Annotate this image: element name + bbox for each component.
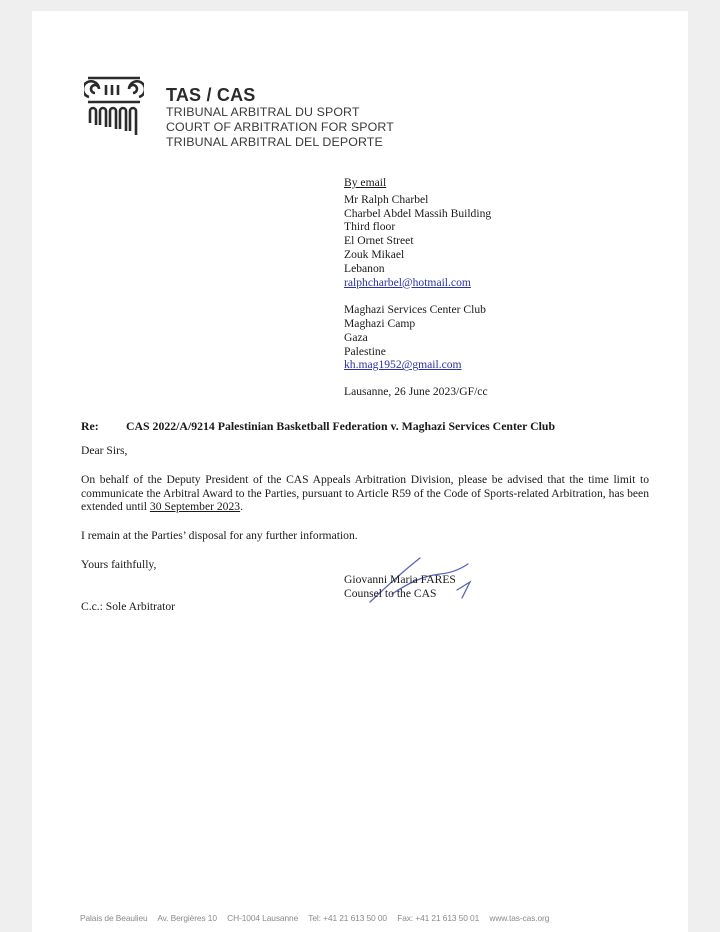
recipient-line: Palestine xyxy=(344,345,491,359)
recipient-line: Mr Ralph Charbel xyxy=(344,193,491,207)
signatory-role: Counsel to the CAS xyxy=(344,587,456,601)
footer-web[interactable]: www.tas-cas.org xyxy=(489,913,549,923)
salutation: Dear Sirs, xyxy=(81,444,127,457)
deadline-date: 30 September 2023 xyxy=(150,500,240,513)
signature-block: Giovanni Maria FARES Counsel to the CAS xyxy=(344,573,456,600)
letterhead-subtitle-fr: TRIBUNAL ARBITRAL DU SPORT xyxy=(166,105,394,120)
date-line: Lausanne, 26 June 2023/GF/cc xyxy=(344,385,491,399)
letter-page: TAS / CAS TRIBUNAL ARBITRAL DU SPORT COU… xyxy=(32,11,688,932)
recipient-line: Zouk Mikael xyxy=(344,248,491,262)
subject-line: Re:CAS 2022/A/9214 Palestinian Basketbal… xyxy=(81,419,555,434)
recipient-line: Maghazi Services Center Club xyxy=(344,303,491,317)
body-paragraph: On behalf of the Deputy President of the… xyxy=(81,473,649,514)
letterhead-title: TAS / CAS xyxy=(166,85,394,105)
closing: Yours faithfully, xyxy=(81,558,156,571)
ionic-column-icon xyxy=(84,75,144,141)
recipient-email-link[interactable]: ralphcharbel@hotmail.com xyxy=(344,276,471,289)
footer: Palais de Beaulieu Av. Bergières 10 CH-1… xyxy=(80,913,557,923)
recipient-line: Third floor xyxy=(344,220,491,234)
footer-tel: Tel: +41 21 613 50 00 xyxy=(308,913,387,923)
remain-paragraph: I remain at the Parties’ disposal for an… xyxy=(81,529,358,542)
body-text-end: . xyxy=(240,500,243,513)
footer-city: CH-1004 Lausanne xyxy=(227,913,298,923)
recipient-line: Lebanon xyxy=(344,262,491,276)
cc-line: C.c.: Sole Arbitrator xyxy=(81,600,175,613)
footer-fax: Fax: +41 21 613 50 01 xyxy=(397,913,479,923)
recipients-block: By email Mr Ralph Charbel Charbel Abdel … xyxy=(344,176,491,399)
subject-label: Re: xyxy=(81,419,126,434)
footer-street: Av. Bergières 10 xyxy=(157,913,217,923)
delivery-method: By email xyxy=(344,176,491,190)
letterhead-subtitle-en: COURT OF ARBITRATION FOR SPORT xyxy=(166,120,394,135)
footer-address: Palais de Beaulieu xyxy=(80,913,148,923)
recipient-email-link[interactable]: kh.mag1952@gmail.com xyxy=(344,358,462,371)
recipient-line: El Ornet Street xyxy=(344,234,491,248)
subject-text: CAS 2022/A/9214 Palestinian Basketball F… xyxy=(126,419,555,433)
recipient-line: Charbel Abdel Massih Building xyxy=(344,207,491,221)
letterhead-subtitle-es: TRIBUNAL ARBITRAL DEL DEPORTE xyxy=(166,135,394,150)
recipient-line: Gaza xyxy=(344,331,491,345)
letterhead: TAS / CAS TRIBUNAL ARBITRAL DU SPORT COU… xyxy=(166,85,394,150)
recipient-line: Maghazi Camp xyxy=(344,317,491,331)
signatory-name: Giovanni Maria FARES xyxy=(344,573,456,587)
